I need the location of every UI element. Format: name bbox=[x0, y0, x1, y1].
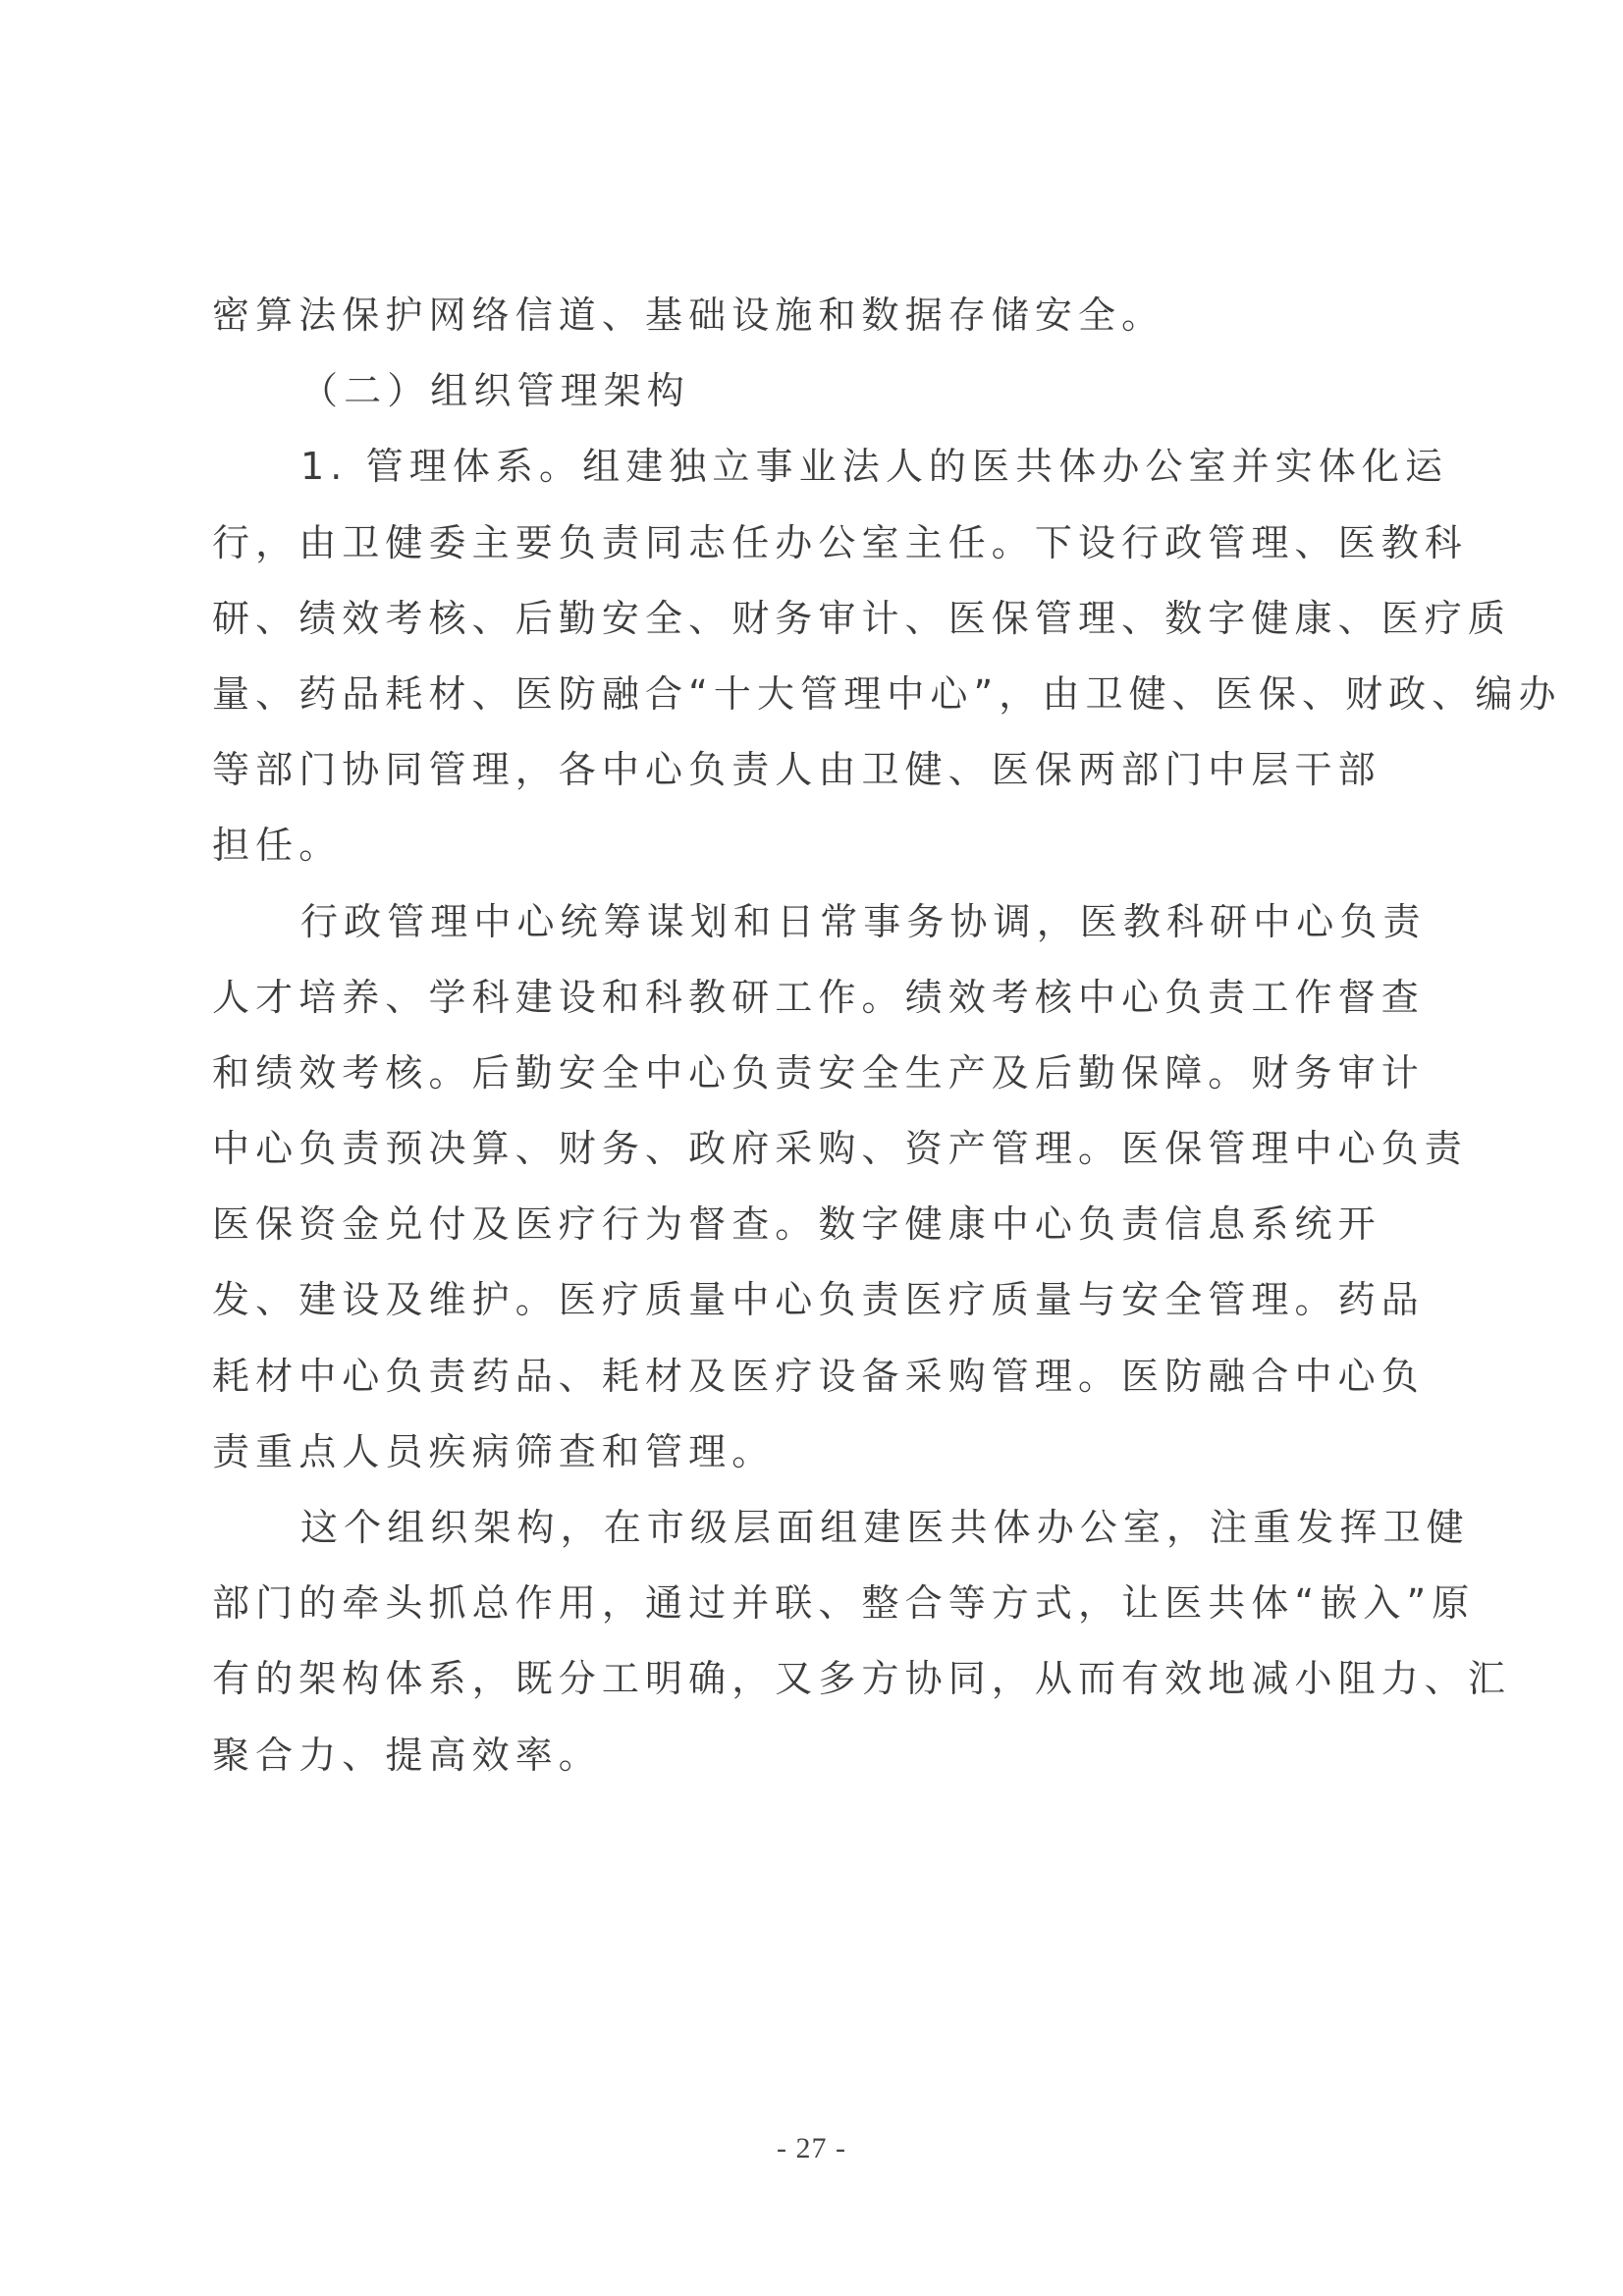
paragraph-line: 中心负责预决算、财务、政府采购、资产管理。医保管理中心负责 bbox=[212, 1119, 1439, 1195]
document-body: 密算法保护网络信道、基础设施和数据存储安全。 （二）组织管理架构 1. 管理体系… bbox=[212, 286, 1439, 1801]
paragraph-line: 责重点人员疾病筛查和管理。 bbox=[212, 1422, 1439, 1498]
paragraph-line: 等部门协同管理，各中心负责人由卫健、医保两部门中层干部 bbox=[212, 740, 1439, 816]
paragraph-line: 担任。 bbox=[212, 816, 1439, 891]
paragraph-line: 行政管理中心统筹谋划和日常事务协调，医教科研中心负责 bbox=[212, 892, 1439, 968]
document-page: 密算法保护网络信道、基础设施和数据存储安全。 （二）组织管理架构 1. 管理体系… bbox=[0, 0, 1623, 2296]
paragraph-line: 和绩效考核。后勤安全中心负责安全生产及后勤保障。财务审计 bbox=[212, 1043, 1439, 1119]
paragraph-line: 聚合力、提高效率。 bbox=[212, 1726, 1439, 1801]
paragraph-line: 人才培养、学科建设和科教研工作。绩效考核中心负责工作督查 bbox=[212, 968, 1439, 1043]
page-number: - 27 - bbox=[0, 2132, 1623, 2165]
paragraph-line: 1. 管理体系。组建独立事业法人的医共体办公室并实体化运 bbox=[212, 437, 1439, 512]
section-heading: （二）组织管理架构 bbox=[212, 361, 1439, 437]
paragraph-continuation-line: 密算法保护网络信道、基础设施和数据存储安全。 bbox=[212, 286, 1439, 361]
paragraph-line: 医保资金兑付及医疗行为督查。数字健康中心负责信息系统开 bbox=[212, 1195, 1439, 1270]
paragraph-line: 有的架构体系，既分工明确，又多方协同，从而有效地减小阻力、汇 bbox=[212, 1649, 1439, 1725]
paragraph-line: 部门的牵头抓总作用，通过并联、整合等方式，让医共体“嵌入”原 bbox=[212, 1574, 1439, 1649]
paragraph-line: 研、绩效考核、后勤安全、财务审计、医保管理、数字健康、医疗质 bbox=[212, 589, 1439, 665]
paragraph-line: 行，由卫健委主要负责同志任办公室主任。下设行政管理、医教科 bbox=[212, 513, 1439, 589]
paragraph-line: 量、药品耗材、医防融合“十大管理中心”，由卫健、医保、财政、编办 bbox=[212, 665, 1439, 740]
paragraph-line: 这个组织架构，在市级层面组建医共体办公室，注重发挥卫健 bbox=[212, 1498, 1439, 1574]
paragraph-line: 耗材中心负责药品、耗材及医疗设备采购管理。医防融合中心负 bbox=[212, 1347, 1439, 1422]
paragraph-line: 发、建设及维护。医疗质量中心负责医疗质量与安全管理。药品 bbox=[212, 1270, 1439, 1346]
